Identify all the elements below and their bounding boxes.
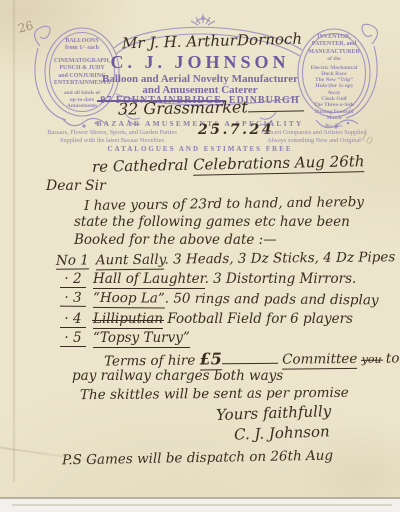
right-panel-line: PATENTER, and	[298, 41, 370, 48]
left-panel-line: BALLOONS	[44, 38, 120, 45]
scanned-letter-page: 26 10 BALLOONS from 1/- each CINEMATOGRA…	[0, 0, 400, 512]
terms-post: to	[382, 350, 400, 366]
left-note-line2: Supplied with the latest Bazaar Noveltie…	[26, 137, 198, 145]
list-item-2: · 2Hall of Laughter. 3 Distorting Mirror…	[60, 271, 356, 288]
right-note-line1: Concert Companies and Artistes Supplied	[250, 129, 378, 137]
item-detail: . 3 Distorting Mirrors.	[205, 271, 357, 287]
item-number: · 2	[60, 271, 86, 288]
subject-pre: re Cathedral	[92, 156, 193, 176]
terms-dash	[222, 352, 278, 364]
item-detail: . 3 Heads, 3 Dz Sticks, 4 Dz Pipes	[164, 249, 395, 267]
underlying-sheet-edge	[12, 504, 392, 506]
pen-flourish	[248, 98, 304, 113]
terms-committee: Committee	[282, 351, 357, 370]
item-detail: Football Field for 6 players	[163, 311, 353, 327]
right-panel-line: INVENTOR,	[298, 34, 370, 41]
salutation: Dear Sir	[46, 178, 106, 194]
new-address-handwritten: 32 Grassmarket	[118, 96, 304, 118]
promise-line: The skittles will be sent as per promise	[80, 385, 349, 403]
item-number: · 5	[60, 330, 86, 347]
recipient-first: Mr J. H. Arthur	[122, 31, 237, 52]
body-line-1: I have yours of 23rd to hand, and hereby	[84, 194, 364, 214]
right-note-line2: Always something New and Original	[250, 137, 378, 145]
paper-bottom-edge	[0, 497, 400, 499]
item-title: “Topsy Turvy”	[93, 330, 190, 348]
body-line-2: state the following games etc have been	[74, 214, 350, 230]
subject-underlined: Celebrations	[193, 154, 290, 176]
item-number: · 4	[60, 311, 86, 328]
list-item-1: No 1Aunt Sally. 3 Heads, 3 Dz Sticks, 4 …	[56, 249, 395, 270]
ps-line: P.S Games will be dispatch on 26th Aug	[62, 448, 333, 469]
item-detail: . 50 rings and pads and display	[165, 291, 379, 309]
item-number: · 3	[60, 290, 86, 307]
new-address-text: 32 Grassmarket	[118, 97, 248, 118]
paper-crease-vertical	[13, 0, 16, 482]
list-item-3: · 3“Hoop La”. 50 rings and pads and disp…	[60, 290, 379, 310]
terms-struck-word: you	[362, 353, 382, 366]
pay-line: pay railway charges both ways	[72, 368, 283, 384]
signature: C. J. Johnson	[234, 422, 330, 443]
item-title: Aunt Sally	[96, 252, 165, 271]
item-title: “Hoop La”	[93, 290, 165, 309]
terms-pre: Terms of hire	[104, 353, 200, 370]
item-title-struck: Lilliputian	[93, 311, 163, 329]
letter-paper: 26 10 BALLOONS from 1/- each CINEMATOGRA…	[0, 0, 400, 497]
left-note-line1: Bazaars, Flower Shows, Sports, and Garde…	[26, 129, 198, 137]
terms-line: Terms of hire £5 Committee you to	[104, 347, 400, 369]
closing-line: Yours faithfully	[216, 402, 332, 424]
item-title: Hall of Laughter	[93, 271, 205, 289]
right-note: Concert Companies and Artistes Supplied …	[250, 129, 378, 145]
recipient-town: Dornoch	[237, 30, 302, 50]
list-item-4: · 4Lilliputian Football Field for 6 play…	[60, 311, 353, 328]
company-name: C. J. JOHNSON	[0, 52, 400, 73]
list-item-5: · 5“Topsy Turvy”	[60, 330, 190, 347]
body-line-3: Booked for the above date :—	[74, 232, 277, 248]
subject-date: Aug 26th	[290, 152, 365, 174]
left-note: Bazaars, Flower Shows, Sports, and Garde…	[26, 129, 198, 145]
item-number: No 1	[56, 252, 89, 269]
